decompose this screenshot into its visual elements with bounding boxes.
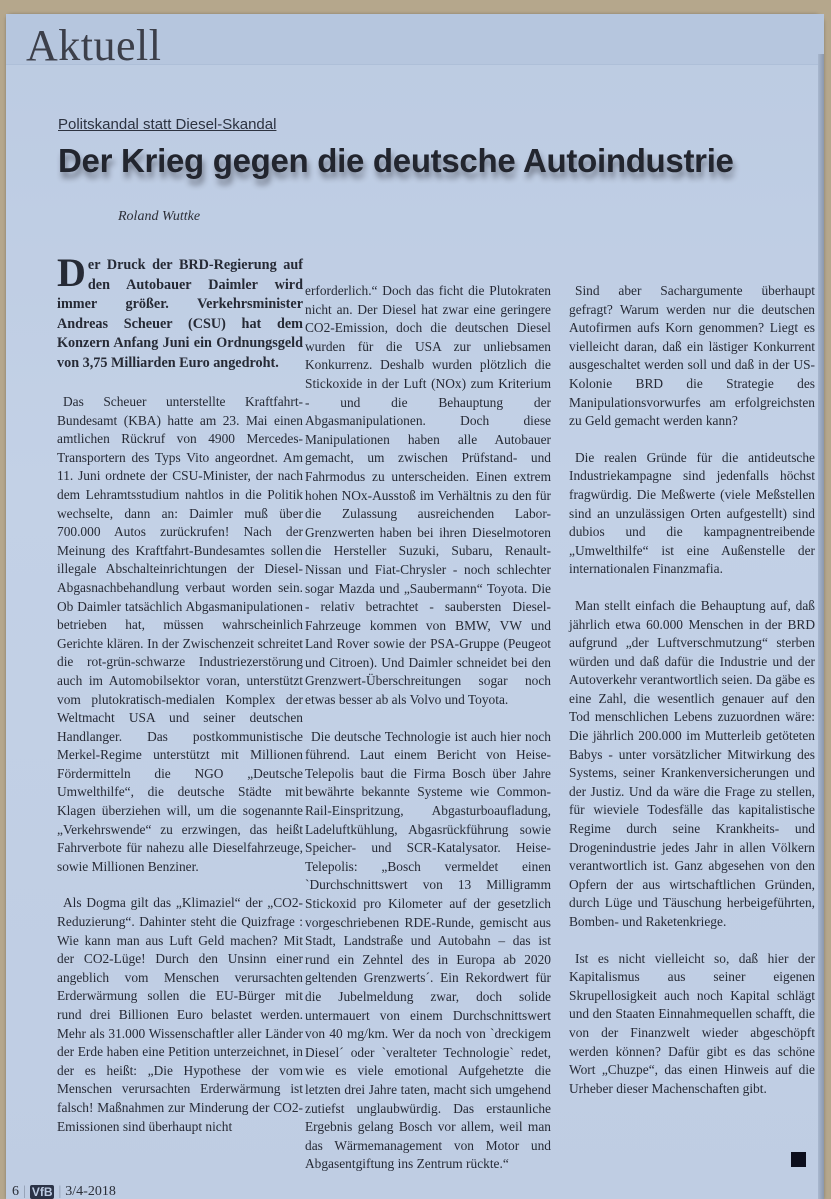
lead-text: er Druck der BRD-Regierung auf den Autob… xyxy=(57,257,303,371)
footer-separator: | xyxy=(23,1184,26,1199)
article-headline: Der Krieg gegen die deutsche Autoindustr… xyxy=(58,142,734,180)
footer-separator: | xyxy=(58,1184,61,1199)
article-kicker: Politskandal statt Diesel-Skandal xyxy=(58,116,276,133)
paragraph: Als Dogma gilt das „Klimaziel“ der „CO2-… xyxy=(57,894,303,1136)
paragraph: erforderlich.“ Doch das ficht die Plutok… xyxy=(305,282,551,710)
paragraph: Ist es nicht vielleicht so, daß hier der… xyxy=(569,950,815,1099)
drop-cap: D xyxy=(57,258,86,288)
end-of-article-square-icon xyxy=(791,1152,806,1167)
paragraph: Man stellt einfach die Behauptung auf, d… xyxy=(569,597,815,932)
page-edge xyxy=(818,54,824,1199)
page-footer: 6 | VfB | 3/4-2018 xyxy=(12,1184,116,1199)
magazine-page: Aktuell Politskandal statt Diesel-Skanda… xyxy=(6,14,824,1199)
publication-logo: VfB xyxy=(30,1185,55,1199)
article-column-3: Sind aber Sachargumente überhaupt gefrag… xyxy=(569,282,815,1116)
section-title: Aktuell xyxy=(26,24,161,68)
article-column-1: Der Druck der BRD-Regierung auf den Auto… xyxy=(57,256,303,1154)
article-column-2: erforderlich.“ Doch das ficht die Plutok… xyxy=(305,282,551,1192)
article-author: Roland Wuttke xyxy=(118,209,200,225)
paragraph: Sind aber Sachargumente überhaupt gefrag… xyxy=(569,282,815,431)
page-number: 6 xyxy=(12,1184,19,1199)
issue-number: 3/4-2018 xyxy=(65,1184,116,1199)
paragraph: Die realen Gründe für die antideutsche I… xyxy=(569,449,815,579)
paragraph: Die deutsche Technologie ist auch hier n… xyxy=(305,728,551,1174)
paragraph: Das Scheuer unterstellte Kraftfahrt-Bund… xyxy=(57,393,303,876)
article-lead: Der Druck der BRD-Regierung auf den Auto… xyxy=(57,256,303,373)
